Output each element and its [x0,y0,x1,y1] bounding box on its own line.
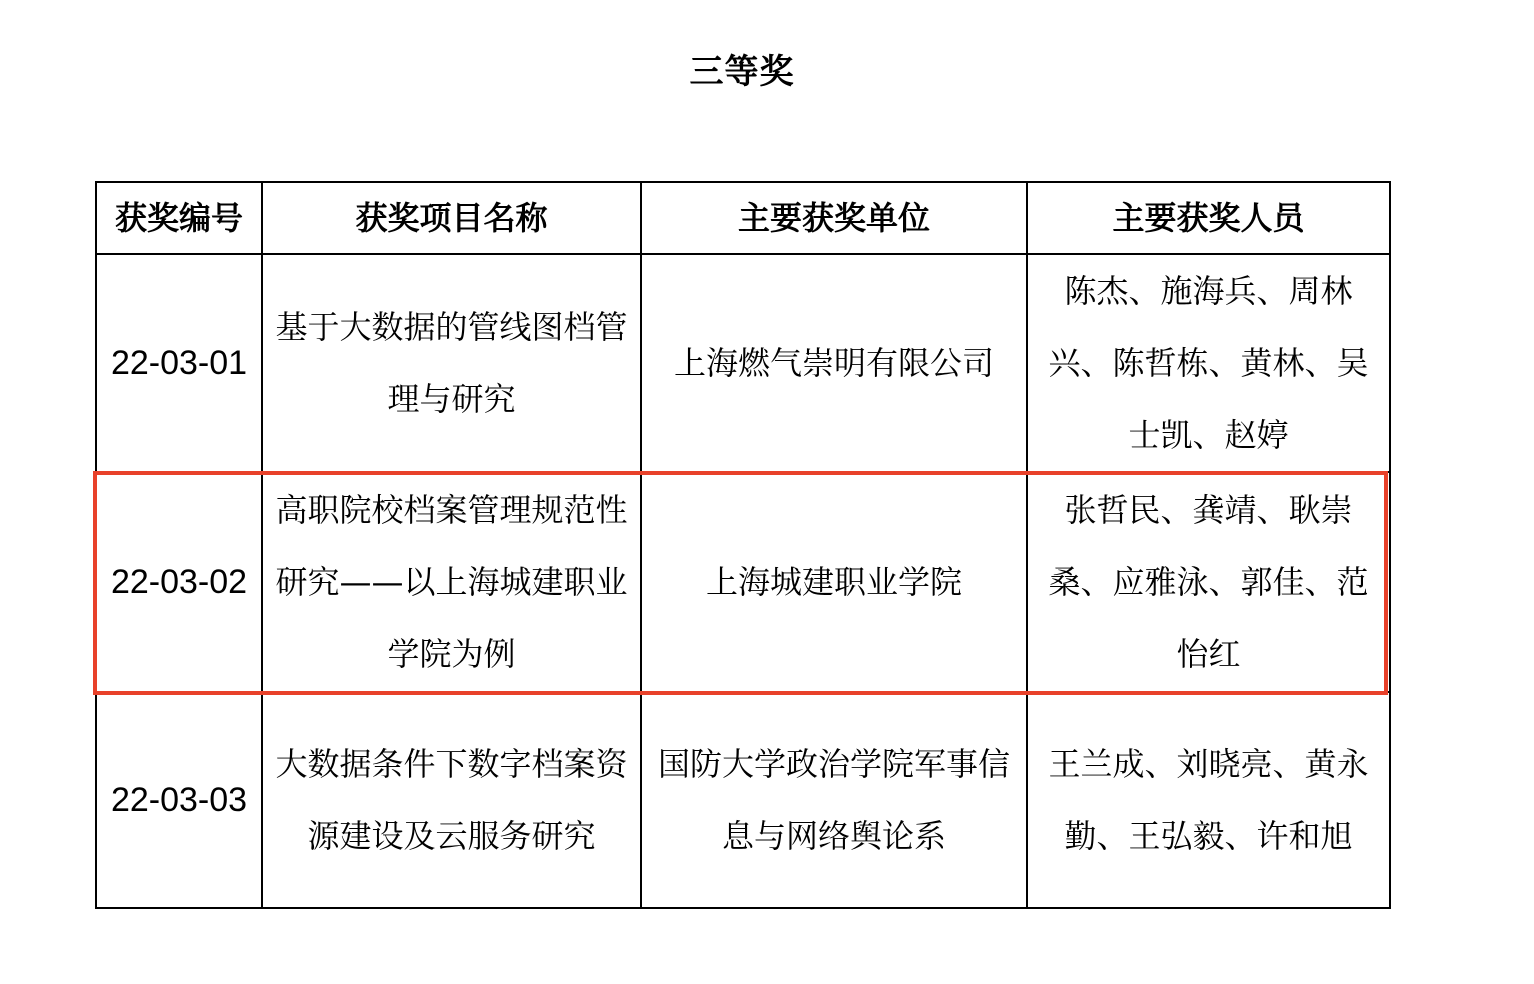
project-name: 基于大数据的管线图档管理与研究 [262,254,641,472]
header-award-unit: 主要获奖单位 [641,182,1027,254]
header-project-name: 获奖项目名称 [262,182,641,254]
award-people: 张哲民、龚靖、耿崇桑、应雅泳、郭佳、范怡红 [1027,472,1390,692]
header-award-people: 主要获奖人员 [1027,182,1390,254]
project-name: 高职院校档案管理规范性研究——以上海城建职业学院为例 [262,472,641,692]
award-people: 陈杰、施海兵、周林兴、陈哲栋、黄林、吴士凯、赵婷 [1027,254,1390,472]
table-row: 22-03-01 基于大数据的管线图档管理与研究 上海燃气崇明有限公司 陈杰、施… [96,254,1390,472]
header-award-code: 获奖编号 [96,182,262,254]
award-unit: 上海燃气崇明有限公司 [641,254,1027,472]
award-unit: 国防大学政治学院军事信息与网络舆论系 [641,692,1027,908]
project-name: 大数据条件下数字档案资源建设及云服务研究 [262,692,641,908]
table-row: 22-03-03 大数据条件下数字档案资源建设及云服务研究 国防大学政治学院军事… [96,692,1390,908]
table-row-highlighted: 22-03-02 高职院校档案管理规范性研究——以上海城建职业学院为例 上海城建… [96,472,1390,692]
award-code: 22-03-01 [96,254,262,472]
page-title: 三等奖 [0,48,1484,96]
award-code: 22-03-03 [96,692,262,908]
awards-table: 获奖编号 获奖项目名称 主要获奖单位 主要获奖人员 22-03-01 基于大数据… [95,181,1391,909]
award-unit: 上海城建职业学院 [641,472,1027,692]
table-header-row: 获奖编号 获奖项目名称 主要获奖单位 主要获奖人员 [96,182,1390,254]
award-code: 22-03-02 [96,472,262,692]
award-people: 王兰成、刘晓亮、黄永勤、王弘毅、许和旭 [1027,692,1390,908]
